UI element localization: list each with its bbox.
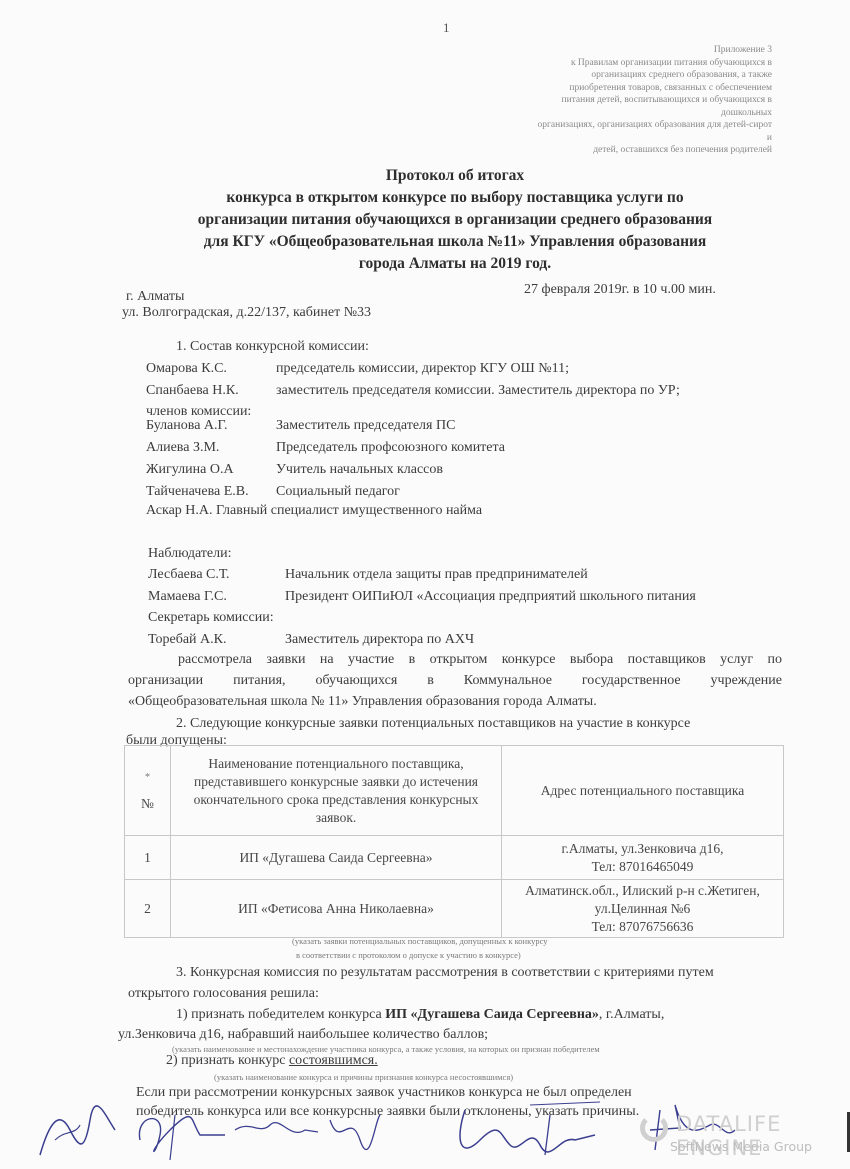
appendix-line: Приложение 3 xyxy=(532,44,772,57)
watermark-subtitle: SoftNews Media Group xyxy=(670,1139,812,1154)
appendix-line: питания детей, воспитывающихся и обучающ… xyxy=(532,94,772,119)
secretary-row: Торебай А.К.Заместитель директора по АХЧ xyxy=(148,632,474,648)
person-name: Омарова К.С. xyxy=(146,361,276,377)
section2-heading: 2. Следующие конкурсные заявки потенциал… xyxy=(176,716,690,732)
signature-1 xyxy=(30,1100,120,1160)
row-number: 1 xyxy=(125,836,171,880)
member-row: Тайченачева Е.В.Социальный педагог xyxy=(146,484,400,500)
watermark-logo-icon xyxy=(640,1114,668,1142)
section1-heading: 1. Состав конкурсной комиссии: xyxy=(176,339,369,355)
person-name: Спанбаева Н.К. xyxy=(146,383,276,399)
header-supplier-address: Адрес потенциального поставщика xyxy=(502,746,784,836)
number-sign: № xyxy=(129,795,166,813)
paragraph-line: рассмотрела заявки на участие в открытом… xyxy=(178,652,782,668)
person-role: Начальник отдела защиты прав предпринима… xyxy=(285,567,588,582)
supplier-name: ИП «Фетисова Анна Николаевна» xyxy=(171,880,502,938)
member-row: Алиева З.М.Председатель профсоюзного ком… xyxy=(146,440,505,456)
signature-2 xyxy=(130,1100,230,1160)
closing-line: Если при рассмотрении конкурсных заявок … xyxy=(136,1085,632,1101)
person-role: Президент ОИПиЮЛ «Ассоциация предприятий… xyxy=(285,589,696,604)
member-inline: Аскар Н.А. Главный специалист имуществен… xyxy=(146,503,482,519)
person-name: Мамаева Г.С. xyxy=(148,589,285,605)
member-row: Буланова А.Г.Заместитель председателя ПС xyxy=(146,418,455,434)
header-number: * № xyxy=(125,746,171,836)
table-row: 2 ИП «Фетисова Анна Николаевна» Алматинс… xyxy=(125,880,784,938)
person-role: Председатель профсоюзного комитета xyxy=(276,440,505,455)
supplier-name: ИП «Дугашева Саида Сергеевна» xyxy=(171,836,502,880)
table-header-row: * № Наименование потенциального поставщи… xyxy=(125,746,784,836)
supplier-address: Алматинск.обл., Илиский р-н с.Жетиген, у… xyxy=(502,880,784,938)
suppliers-table: * № Наименование потенциального поставщи… xyxy=(124,745,784,938)
secretary-label: Секретарь комиссии: xyxy=(148,610,274,626)
commission-chair: Омарова К.С.председатель комиссии, дирек… xyxy=(146,361,569,377)
address-line: г.Алматы, ул.Зенковича д16, xyxy=(506,840,779,858)
person-name: Тайченачева Е.В. xyxy=(146,484,276,500)
winner-name: ИП «Дугашева Саида Сергеевна» xyxy=(385,1007,599,1022)
decision-suffix: , г.Алматы, xyxy=(599,1007,664,1022)
person-role: Заместитель директора по АХЧ xyxy=(285,632,474,647)
city: г. Алматы xyxy=(126,289,184,305)
decision-item-2: 2) признать конкурс состоявшимся. xyxy=(166,1053,378,1069)
section3-line: 3. Конкурсная комиссия по результатам ра… xyxy=(176,965,714,981)
supplier-address: г.Алматы, ул.Зенковича д16, Тел: 8701646… xyxy=(502,836,784,880)
page-number: 1 xyxy=(443,20,450,36)
address-line: Алматинск.обл., Илиский р-н с.Жетиген, xyxy=(506,882,779,900)
decision-result: состоявшимся. xyxy=(289,1053,378,1068)
person-role: Социальный педагог xyxy=(276,484,400,499)
table-note: в соответствии с протоколом о допуске к … xyxy=(296,950,521,960)
decision-prefix: 2) признать конкурс xyxy=(166,1053,289,1068)
address-line: Тел: 87076756636 xyxy=(506,918,779,936)
appendix-note: Приложение 3 к Правилам организации пита… xyxy=(532,44,772,157)
appendix-line: приобретения товаров, связанных с обеспе… xyxy=(532,82,772,95)
title-line: для КГУ «Общеобразовательная школа №11» … xyxy=(0,231,850,253)
observer-row: Мамаева Г.С.Президент ОИПиЮЛ «Ассоциация… xyxy=(148,589,696,605)
person-name: Лесбаева С.Т. xyxy=(148,567,285,583)
observers-label: Наблюдатели: xyxy=(148,546,232,562)
title-line: города Алматы на 2019 год. xyxy=(0,253,850,275)
decision-item-1-cont: ул.Зенковича д16, набравший наибольшее к… xyxy=(118,1027,488,1043)
appendix-line: организациях, организациях образования д… xyxy=(532,119,772,144)
signature-3 xyxy=(230,1100,320,1160)
date-time: 27 февраля 2019г. в 10 ч.00 мин. xyxy=(524,282,716,298)
person-name: Торебай А.К. xyxy=(148,632,285,648)
document-page: 1 Приложение 3 к Правилам организации пи… xyxy=(0,0,850,1169)
signature-4 xyxy=(320,1100,390,1160)
paragraph-line: организации питания, обучающихся в Комму… xyxy=(128,673,782,689)
paragraph-line: «Общеобразовательная школа № 11» Управле… xyxy=(128,694,597,710)
document-title: Протокол об итогах конкурса в открытом к… xyxy=(0,165,850,275)
decision-item-1: 1) признать победителем конкурса ИП «Дуг… xyxy=(176,1007,664,1023)
section3-line: открытого голосования решила: xyxy=(128,986,319,1002)
person-role: Заместитель председателя ПС xyxy=(276,418,455,433)
header-supplier-name: Наименование потенциального поставщика, … xyxy=(171,746,502,836)
appendix-line: организациях среднего образования, а так… xyxy=(532,69,772,82)
appendix-line: к Правилам организации питания обучающих… xyxy=(532,57,772,70)
address-line: Тел: 87016465049 xyxy=(506,858,779,876)
table-row: 1 ИП «Дугашева Саида Сергеевна» г.Алматы… xyxy=(125,836,784,880)
decision-prefix: 1) признать победителем конкурса xyxy=(176,1007,385,1022)
title-line: конкурса в открытом конкурсе по выбору п… xyxy=(0,187,850,209)
commission-deputy: Спанбаева Н.К.заместитель председателя к… xyxy=(146,383,680,399)
person-name: Алиева З.М. xyxy=(146,440,276,456)
person-name: Жигулина О.А xyxy=(146,462,276,478)
address: ул. Волгоградская, д.22/137, кабинет №33 xyxy=(122,305,371,321)
table-note: (указать заявки потенциальных поставщико… xyxy=(292,936,548,946)
person-role: Учитель начальных классов xyxy=(276,462,443,477)
person-role: заместитель председателя комиссии. Замес… xyxy=(276,383,680,398)
row-number: 2 xyxy=(125,880,171,938)
address-line: ул.Целинная №6 xyxy=(506,900,779,918)
person-name: Буланова А.Г. xyxy=(146,418,276,434)
title-line: организации питания обучающихся в органи… xyxy=(0,209,850,231)
observer-row: Лесбаева С.Т.Начальник отдела защиты пра… xyxy=(148,567,588,583)
member-row: Жигулина О.АУчитель начальных классов xyxy=(146,462,443,478)
signature-5 xyxy=(450,1100,600,1160)
person-role: председатель комиссии, директор КГУ ОШ №… xyxy=(276,361,569,376)
watermark: DATALIFE ENGINE SoftNews Media Group xyxy=(640,1112,840,1160)
asterisk: * xyxy=(129,769,166,787)
decision-note: (указать наименование конкурса и причины… xyxy=(214,1072,513,1082)
appendix-line: детей, оставшихся без попечения родителе… xyxy=(532,144,772,157)
title-line: Протокол об итогах xyxy=(0,165,850,187)
